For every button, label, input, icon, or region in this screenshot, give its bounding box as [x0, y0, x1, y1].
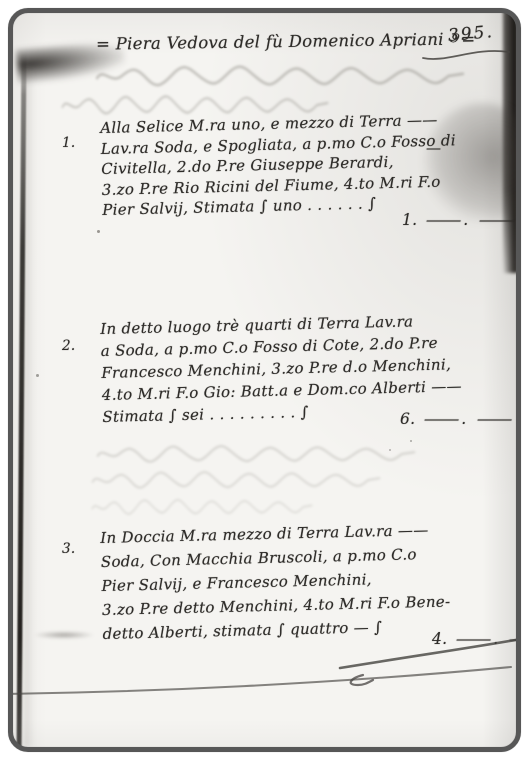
- amount-separator: .: [463, 211, 468, 229]
- amount-dash: —: [478, 211, 516, 229]
- amount-value: 6.: [400, 410, 415, 428]
- page-number: 395.: [447, 22, 494, 46]
- amount-value: 4.: [432, 630, 447, 648]
- entry-amount: 1.—.—: [402, 211, 516, 229]
- title-text: Piera Vedova del fù Domenico Apriani: [116, 30, 444, 54]
- amount-separator: .: [461, 410, 466, 428]
- scanned-manuscript-screenshot: { "page": { "number": "395.", "title_ope…: [0, 0, 529, 760]
- entry-number: 2.: [62, 338, 75, 354]
- amount-dash: —: [455, 630, 493, 648]
- page-content: = Piera Vedova del fù Domenico Apriani9=…: [11, 11, 518, 749]
- amount-dash: —: [425, 211, 463, 229]
- entry-amount: 4.—.—: [432, 630, 518, 648]
- amount-separator: .: [493, 630, 498, 648]
- amount-dash: —: [476, 410, 514, 428]
- entry-number: 3.: [62, 541, 75, 557]
- title-open-mark: =: [96, 34, 110, 53]
- amount-dash: —: [423, 410, 461, 428]
- entry-amount: 6.—.—: [400, 410, 514, 428]
- amount-value: 1.: [402, 211, 417, 229]
- entry-number: 1.: [62, 135, 75, 151]
- scanned-page: = Piera Vedova del fù Domenico Apriani9=…: [11, 11, 518, 749]
- page-title: = Piera Vedova del fù Domenico Apriani9=: [96, 29, 476, 53]
- amount-dash: —: [508, 630, 518, 648]
